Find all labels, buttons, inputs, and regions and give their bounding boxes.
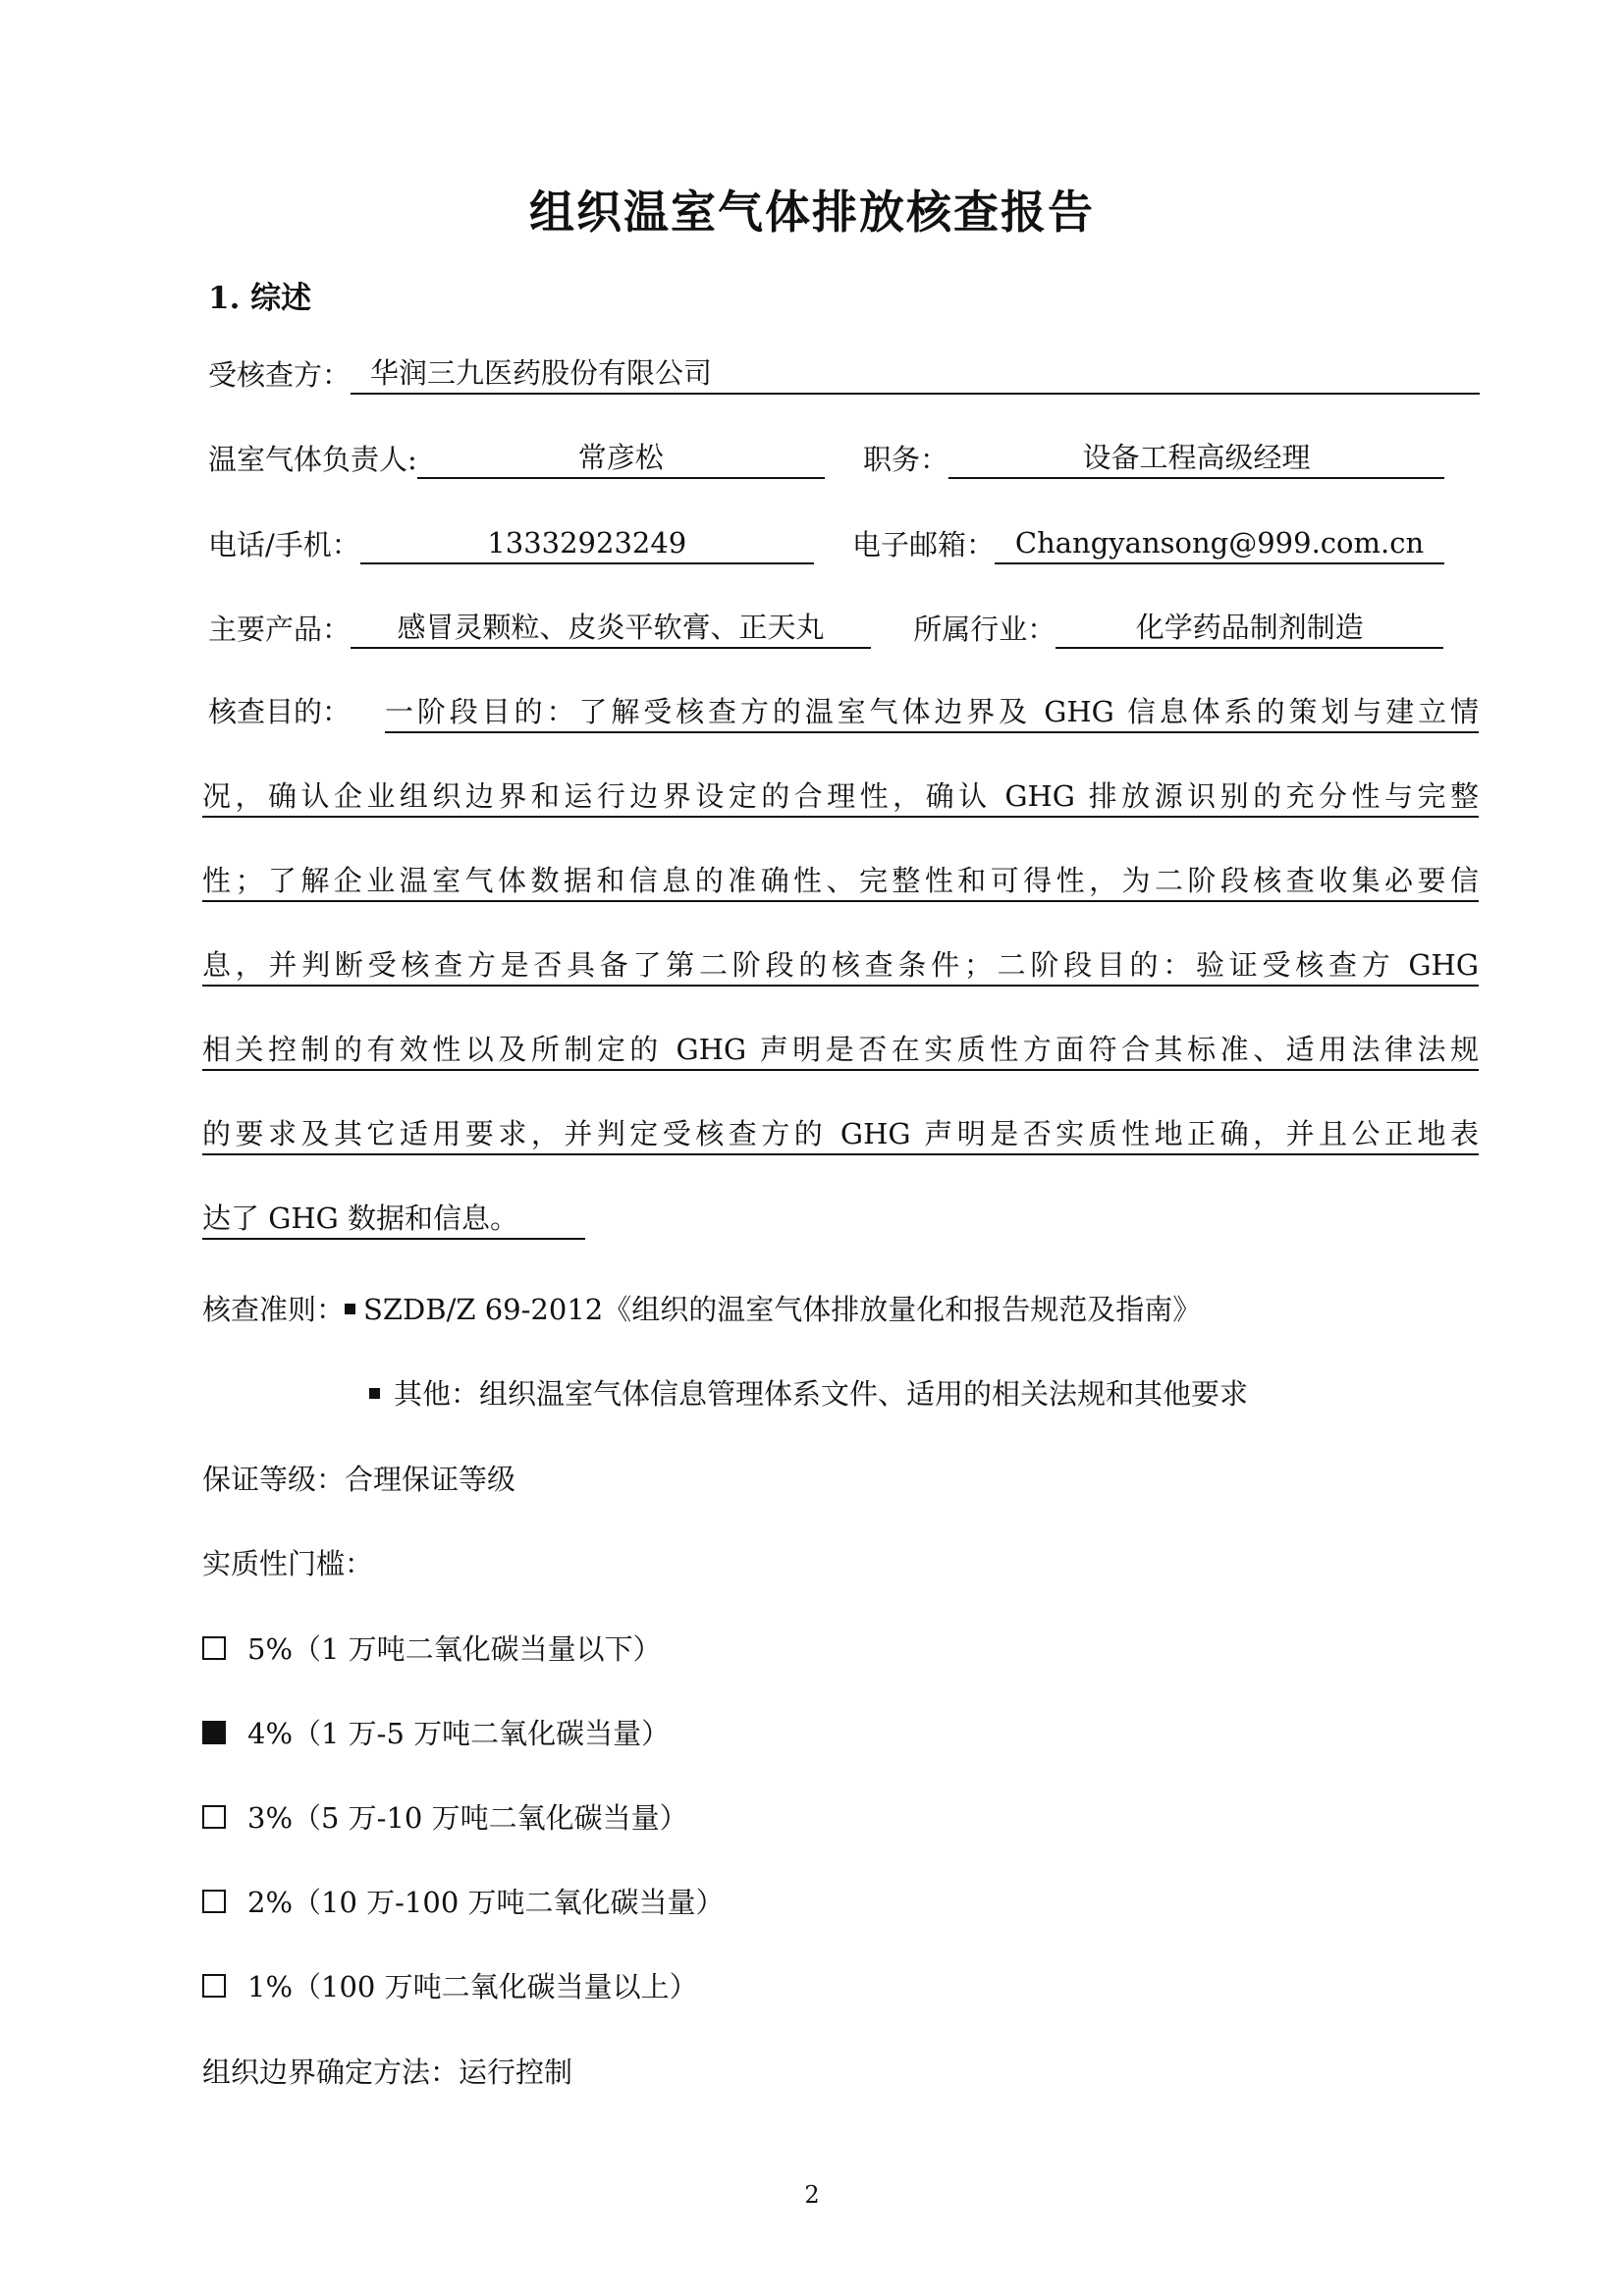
responsible-label: 温室气体负责人: xyxy=(208,443,417,476)
phone-value: 13332923249 xyxy=(360,523,814,564)
boundary-value: 运行控制 xyxy=(459,2056,572,2089)
materiality-option-2[interactable]: 2%（10 万-100 万吨二氧化碳当量） xyxy=(202,1883,725,1922)
assurance-value: 合理保证等级 xyxy=(345,1463,515,1496)
assurance-row: 保证等级：合理保证等级 xyxy=(202,1460,515,1499)
phone-label: 电话/手机： xyxy=(208,528,360,561)
products-row: 主要产品：感冒灵颗粒、皮炎平软膏、正天丸 所属行业：化学药品制剂制造 xyxy=(208,608,1443,649)
criteria-label: 核查准则： xyxy=(202,1293,345,1326)
purpose-line-6: 的要求及其它适用要求，并判定受核查方的 GHG 声明是否实质性地正确，并且公正地… xyxy=(202,1114,1479,1155)
criteria-row-2: 其他：组织温室气体信息管理体系文件、适用的相关法规和其他要求 xyxy=(369,1374,1248,1414)
bullet-square-icon xyxy=(345,1304,355,1314)
page-number: 2 xyxy=(0,2181,1624,2209)
boundary-label: 组织边界确定方法： xyxy=(202,2056,459,2089)
checkbox-unchecked-icon[interactable] xyxy=(202,1890,226,1913)
criteria-item-1: SZDB/Z 69-2012《组织的温室气体排放量化和报告规范及指南》 xyxy=(363,1293,1201,1326)
purpose-line-2: 况，确认企业组织边界和运行边界设定的合理性，确认 GHG 排放源识别的充分性与完… xyxy=(202,776,1479,818)
industry-label: 所属行业： xyxy=(913,613,1056,646)
verified-party-value: 华润三九医药股份有限公司 xyxy=(351,356,712,390)
boundary-row: 组织边界确定方法：运行控制 xyxy=(202,2053,572,2092)
responsible-value: 常彦松 xyxy=(417,438,825,479)
materiality-option-5[interactable]: 5%（1 万吨二氧化碳当量以下） xyxy=(202,1629,662,1669)
checkbox-unchecked-icon[interactable] xyxy=(202,1636,226,1660)
contact-row: 电话/手机：13332923249 电子邮箱：Changyansong@999.… xyxy=(208,523,1444,564)
products-label: 主要产品： xyxy=(208,613,351,646)
email-label: 电子邮箱： xyxy=(852,528,995,561)
checkbox-unchecked-icon[interactable] xyxy=(202,1805,226,1829)
materiality-option-3[interactable]: 3%（5 万-10 万吨二氧化碳当量） xyxy=(202,1798,688,1838)
bullet-square-icon xyxy=(369,1388,380,1399)
materiality-option-1[interactable]: 1%（100 万吨二氧化碳当量以上） xyxy=(202,1967,698,2006)
assurance-label: 保证等级： xyxy=(202,1463,345,1496)
purpose-line-4: 息，并判断受核查方是否具备了第二阶段的核查条件；二阶段目的：验证受核查方 GHG xyxy=(202,945,1479,987)
materiality-label: 实质性门槛： xyxy=(202,1544,373,1583)
section-heading: 1. 综述 xyxy=(208,273,311,317)
products-value: 感冒灵颗粒、皮炎平软膏、正天丸 xyxy=(351,608,871,649)
materiality-option-4[interactable]: 4%（1 万-5 万吨二氧化碳当量） xyxy=(202,1714,670,1753)
document-title: 组织温室气体排放核查报告 xyxy=(0,177,1624,241)
responsible-row: 温室气体负责人:常彦松 职务：设备工程高级经理 xyxy=(208,438,1444,479)
industry-value: 化学药品制剂制造 xyxy=(1056,608,1443,649)
verified-party-label: 受核查方： xyxy=(208,358,351,392)
criteria-item-2: 其他：组织温室气体信息管理体系文件、适用的相关法规和其他要求 xyxy=(394,1377,1248,1411)
purpose-label: 核查目的： xyxy=(208,692,351,731)
purpose-line-5: 相关控制的有效性以及所制定的 GHG 声明是否在实质性方面符合其标准、适用法律法… xyxy=(202,1030,1479,1071)
purpose-line-7: 达了 GHG 数据和信息。 xyxy=(202,1199,585,1240)
purpose-line-1: 一阶段目的：了解受核查方的温室气体边界及 GHG 信息体系的策划与建立情 xyxy=(385,692,1479,733)
checkbox-checked-icon[interactable] xyxy=(202,1721,226,1744)
purpose-line-3: 性；了解企业温室气体数据和信息的准确性、完整性和可得性，为二阶段核查收集必要信 xyxy=(202,861,1479,902)
position-label: 职务： xyxy=(863,443,948,476)
position-value: 设备工程高级经理 xyxy=(948,438,1444,479)
criteria-row: 核查准则：SZDB/Z 69-2012《组织的温室气体排放量化和报告规范及指南》 xyxy=(202,1290,1201,1329)
verified-party-row: 受核查方：华润三九医药股份有限公司 xyxy=(208,353,1480,395)
email-value: Changyansong@999.com.cn xyxy=(995,523,1444,564)
checkbox-unchecked-icon[interactable] xyxy=(202,1974,226,1998)
